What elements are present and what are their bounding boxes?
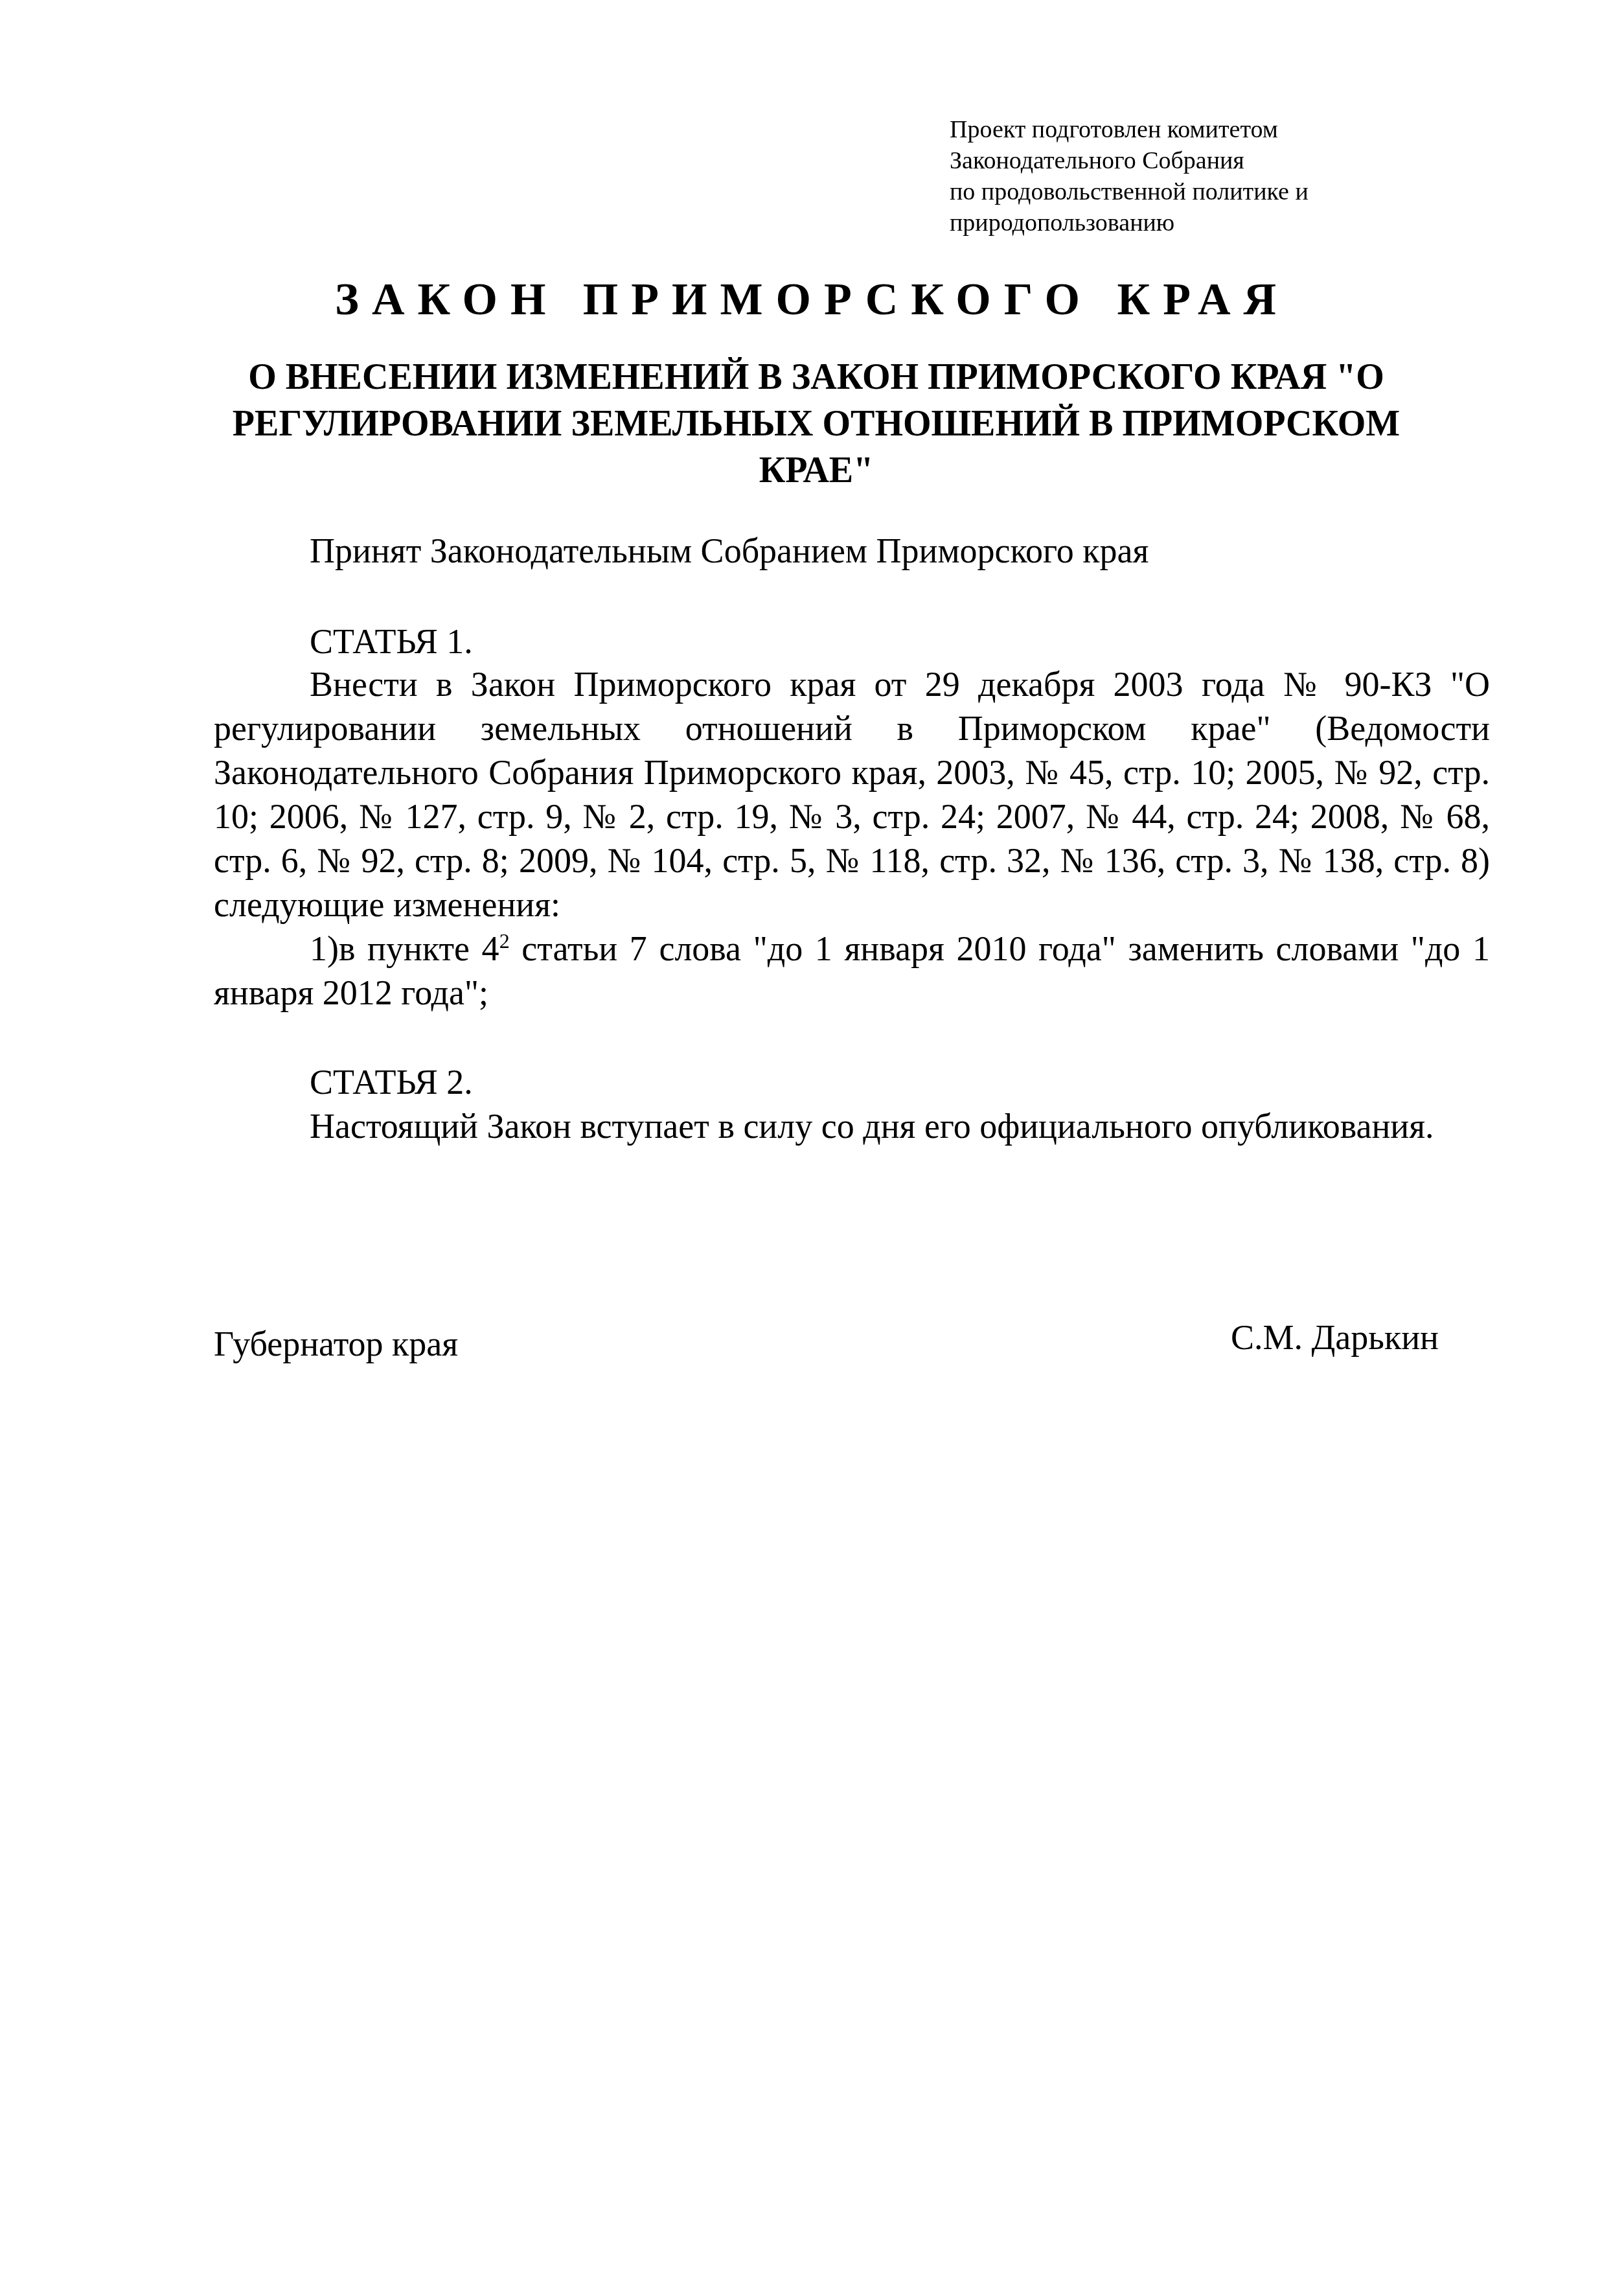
prepared-by-note: Проект подготовлен комитетом Законодател… (950, 114, 1309, 238)
article-2-text: Настоящий Закон вступает в силу со дня е… (214, 1104, 1490, 1148)
article-1-heading: СТАТЬЯ 1. (310, 619, 473, 664)
note-line: Законодательного Собрания (950, 145, 1309, 176)
note-line: по продовольственной политике и (950, 176, 1309, 207)
note-line: Проект подготовлен комитетом (950, 114, 1309, 145)
article-1-text: Внести в Закон Приморского края от 29 де… (214, 662, 1490, 927)
article-1-item-1: 1)в пункте 42 статьи 7 слова "до 1 январ… (214, 927, 1490, 1015)
item-1-superscript: 2 (499, 929, 510, 953)
note-line: природопользованию (950, 207, 1309, 238)
item-1-prefix: 1)в пункте 4 (310, 929, 499, 968)
signature-name: С.М. Дарькин (1231, 1315, 1439, 1359)
document-subtitle: О ВНЕСЕНИИ ИЗМЕНЕНИЙ В ЗАКОН ПРИМОРСКОГО… (194, 354, 1438, 494)
document-title: ЗАКОН ПРИМОРСКОГО КРАЯ (0, 271, 1624, 329)
article-2-heading: СТАТЬЯ 2. (310, 1060, 473, 1104)
signature-position: Губернатор края (214, 1322, 458, 1366)
adoption-line: Принят Законодательным Собранием Приморс… (310, 529, 1149, 573)
